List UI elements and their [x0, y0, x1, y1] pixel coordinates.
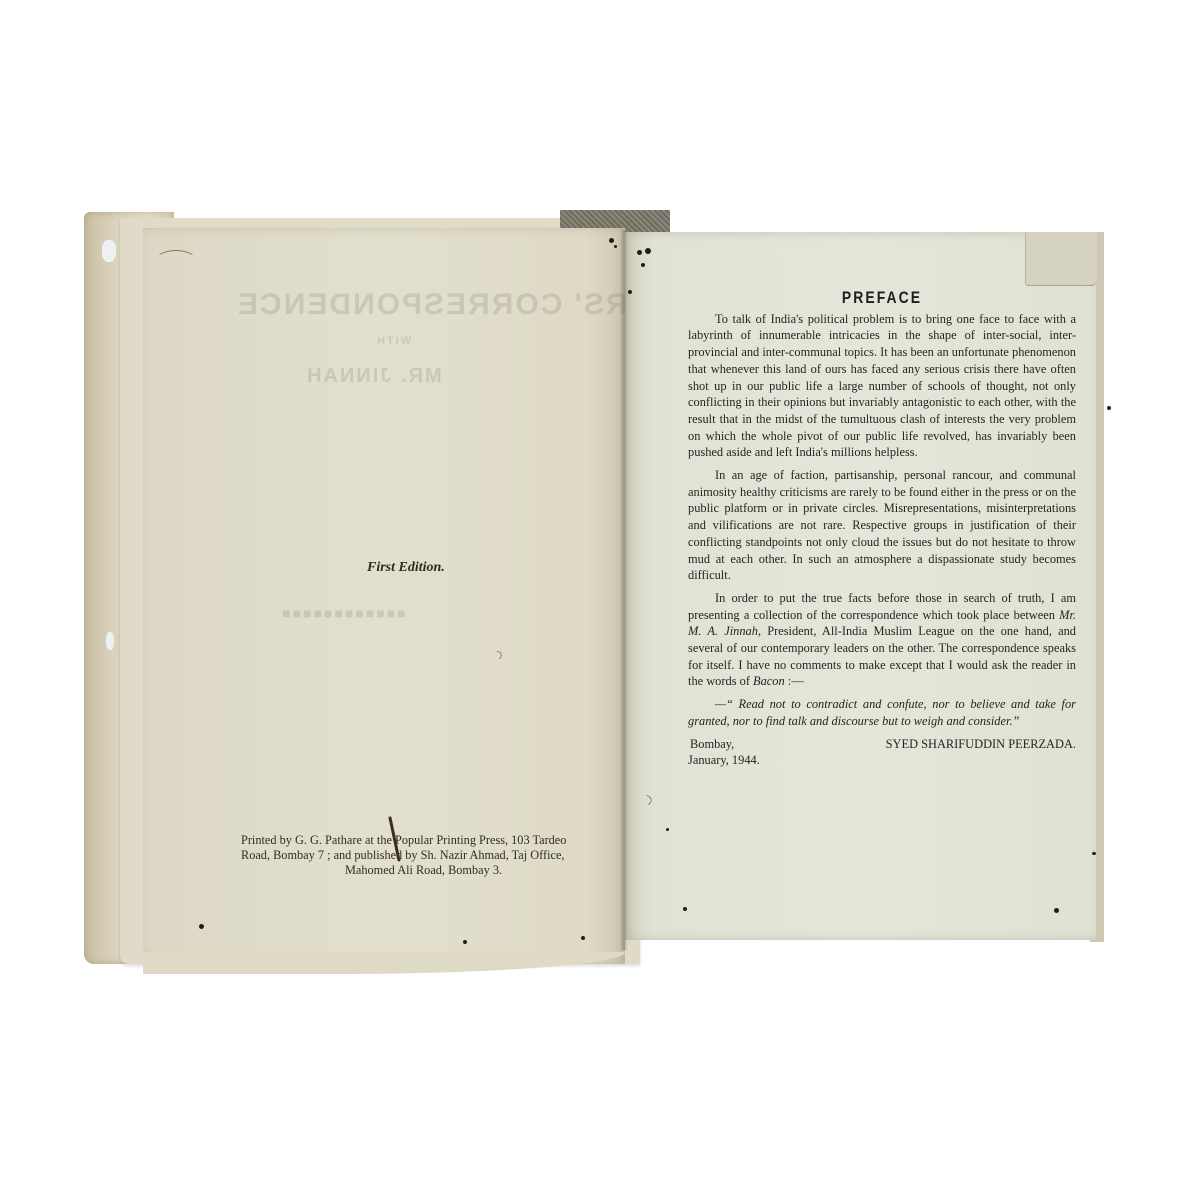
bleed-through-name: MR. JINNAH [305, 365, 442, 388]
worm-hole [1092, 852, 1096, 855]
preface-section: PREFACE To talk of India's political pro… [688, 318, 1076, 769]
worm-hole [1107, 406, 1111, 410]
printer-imprint: Printed by G. G. Pathare at the Popular … [241, 833, 626, 878]
worm-hole [1054, 908, 1059, 913]
worm-hole [666, 828, 669, 831]
bacon-quote: —“ Read not to contradict and confute, n… [688, 696, 1076, 729]
worm-hole [641, 263, 645, 267]
imprint-line-2: Road, Bombay 7 ; and published by Sh. Na… [241, 848, 564, 862]
date: January, 1944. [688, 752, 1076, 769]
bacon-name: Bacon [753, 674, 785, 688]
worm-trail [155, 250, 197, 272]
open-book: LEADERS' CORRESPONDENCE WITH MR. JINNAH … [0, 0, 1200, 1200]
worm-hole [581, 936, 585, 940]
pasted-paper-patch [1025, 233, 1097, 286]
signature-row: Bombay, SYED SHARIFUDDIN PEERZADA. [688, 736, 1076, 753]
worm-hole [614, 245, 617, 248]
paragraph-3-text: In order to put the true facts before th… [688, 591, 1076, 622]
imprint-line-3: Mahomed Ali Road, Bombay 3. [241, 863, 626, 878]
worm-hole [609, 238, 614, 243]
worm-hole [463, 940, 467, 944]
worm-hole [199, 924, 204, 929]
signature: SYED SHARIFUDDIN PEERZADA. [886, 736, 1076, 753]
imprint-line-1: Printed by G. G. Pathare at the Popular … [241, 833, 566, 847]
preface-paragraph-3: In order to put the true facts before th… [688, 590, 1076, 690]
bleed-through-line: ■■■■■■■■■■■■ [280, 605, 405, 621]
book-gutter [620, 230, 628, 950]
edition-label: First Edition. [367, 560, 445, 576]
cover-tear [106, 632, 114, 650]
worm-hole [645, 248, 651, 254]
preface-paragraph-1: To talk of India's political problem is … [688, 311, 1076, 461]
bleed-through-with: WITH [375, 335, 411, 347]
worm-hole [637, 250, 642, 255]
preface-title: PREFACE [723, 290, 1041, 307]
preface-paragraph-2: In an age of faction, partisanship, pers… [688, 467, 1076, 584]
paragraph-3-end: :— [785, 674, 804, 688]
place: Bombay, [688, 736, 734, 753]
cover-tear [102, 240, 116, 262]
worm-hole [683, 907, 687, 911]
worm-hole [628, 290, 632, 294]
